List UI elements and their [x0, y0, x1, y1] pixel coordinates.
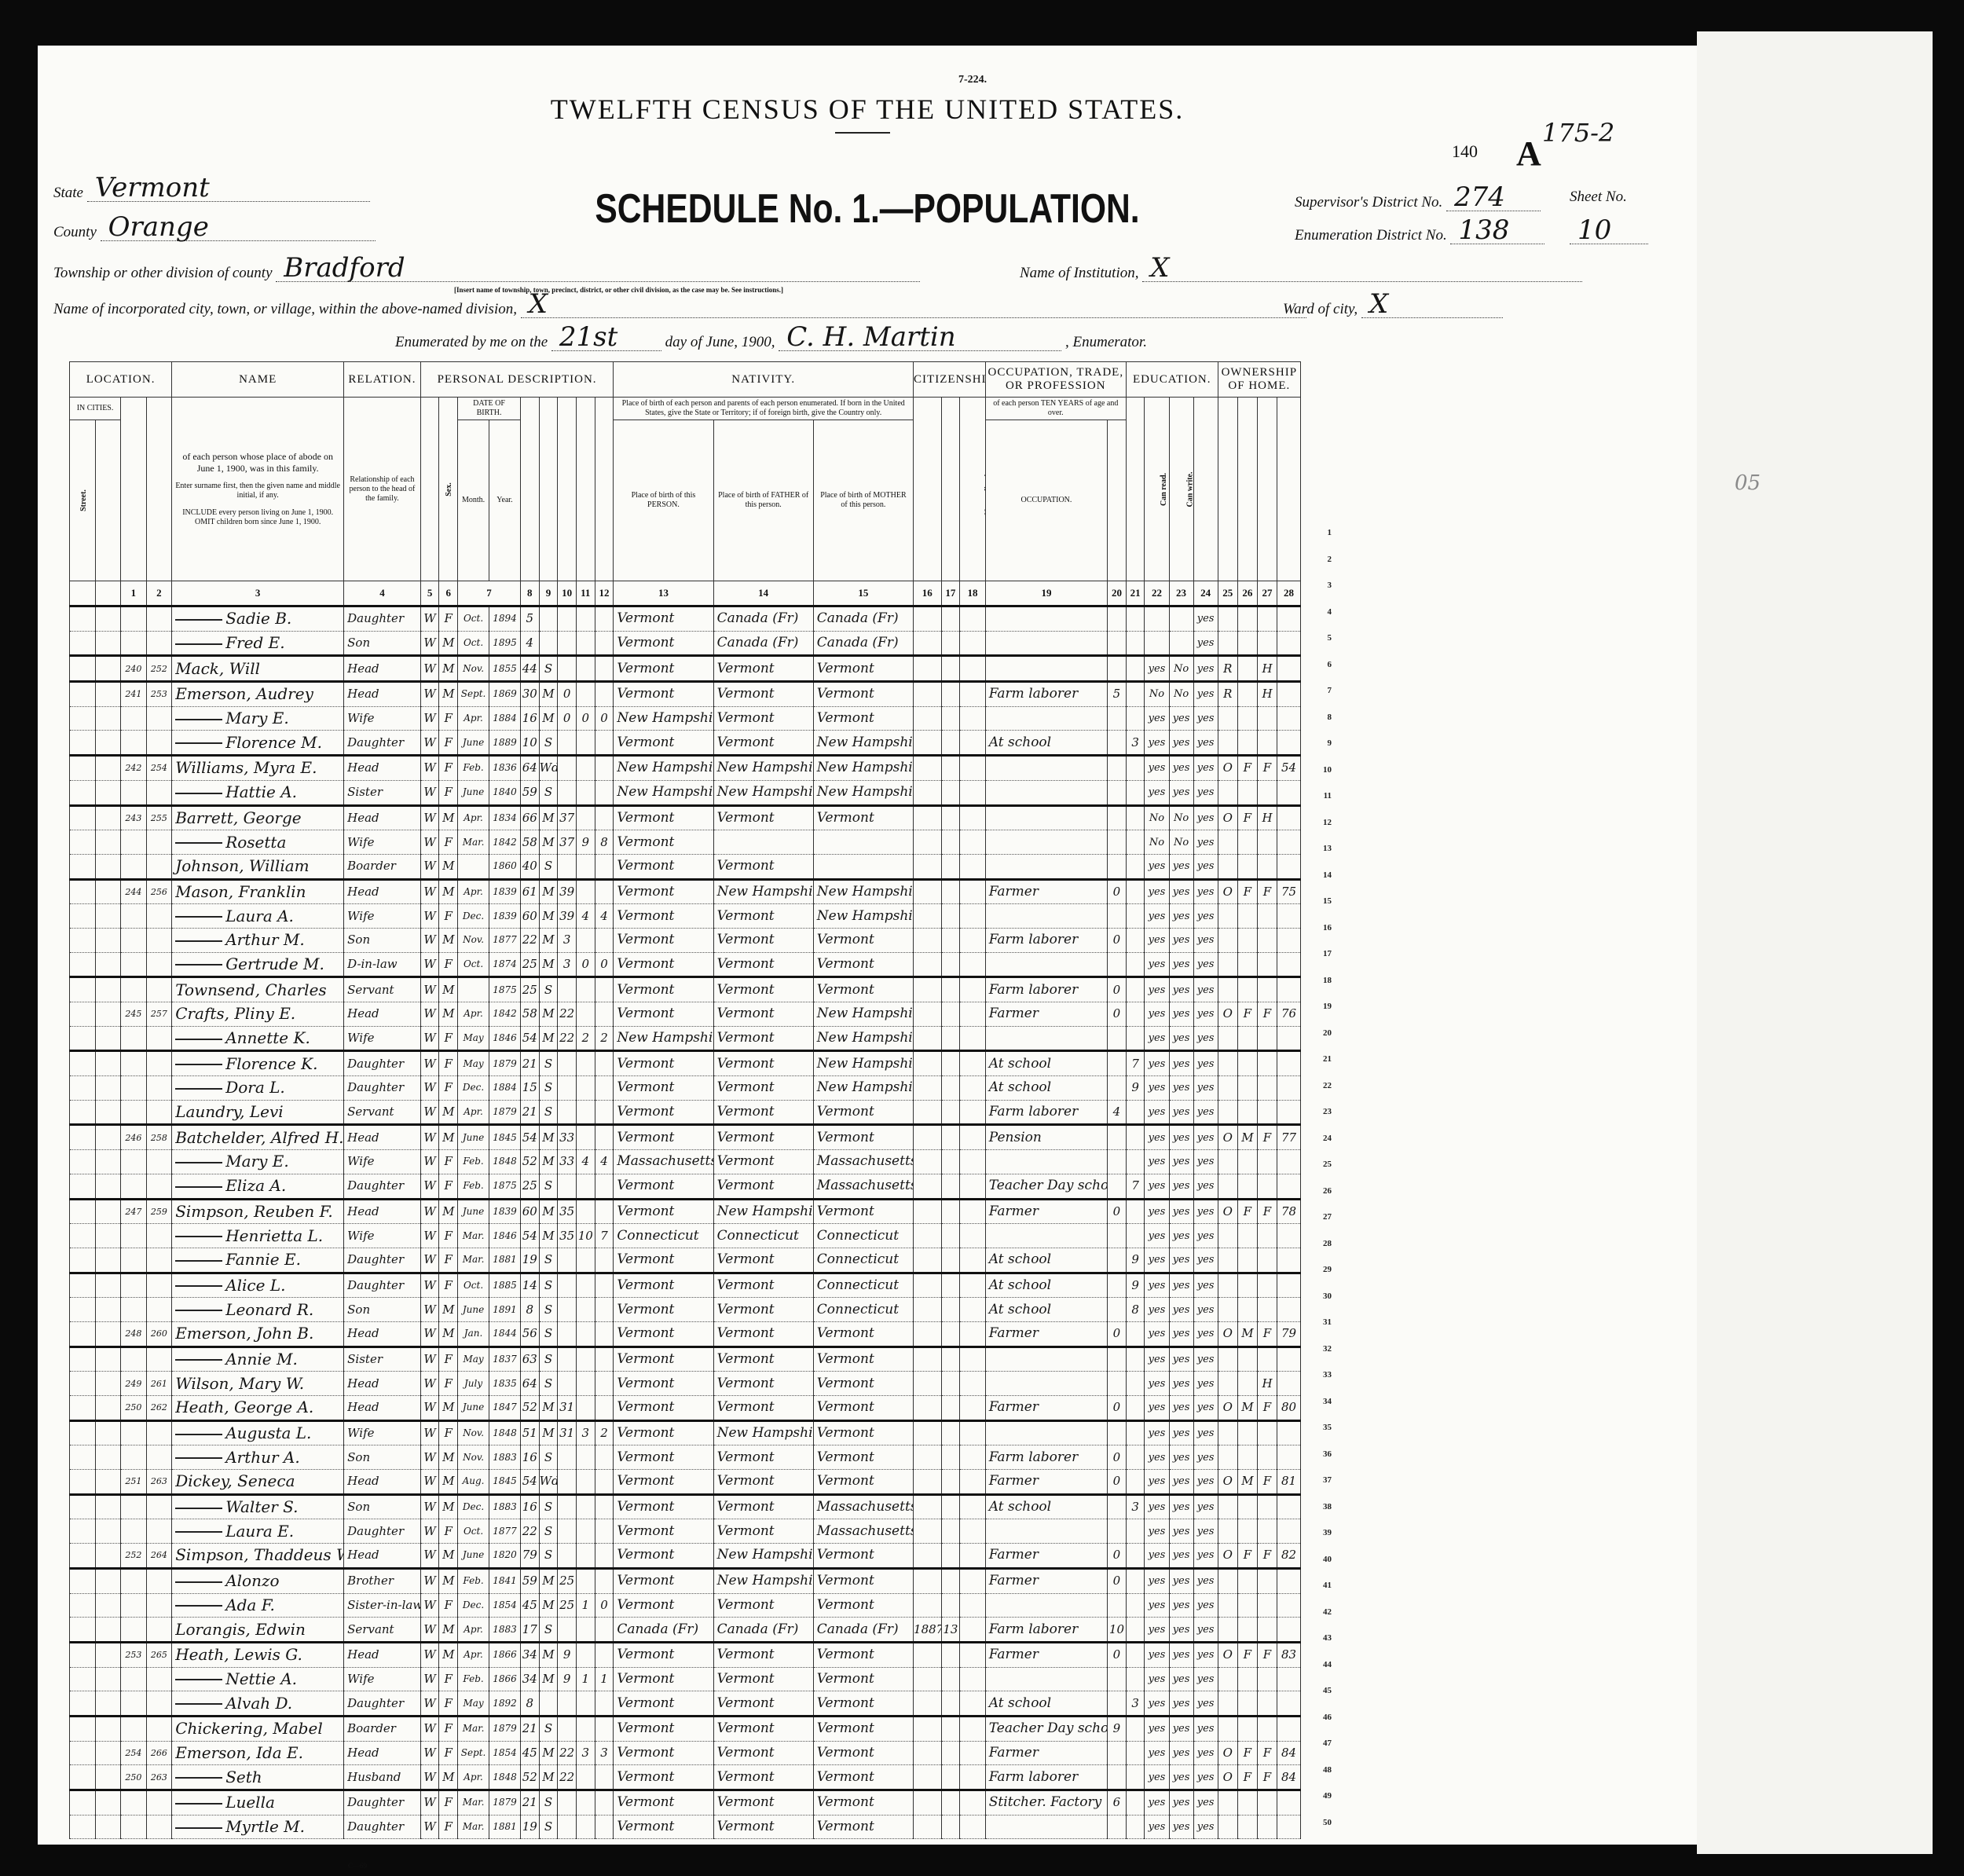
- cell-age: 5: [520, 606, 539, 632]
- line-number: 28: [1313, 1239, 1332, 1248]
- cell-ym: 3: [558, 928, 577, 952]
- cell-year: 1895: [489, 631, 521, 656]
- cell-mc: 10: [576, 1224, 595, 1248]
- cell-occ: [985, 1420, 1107, 1445]
- cell-month: July: [458, 1372, 489, 1396]
- cell-read: yes: [1145, 1051, 1169, 1076]
- line-number: 17: [1313, 949, 1332, 958]
- cell-year: 1844: [489, 1321, 521, 1347]
- cell-ym: [558, 731, 577, 756]
- cell-write: yes: [1169, 1248, 1193, 1273]
- cell-eng: yes: [1193, 904, 1218, 929]
- cell-ym: [558, 756, 577, 781]
- table-row: Florence K.DaughterWFMay187921SVermontVe…: [70, 1051, 1301, 1076]
- cell-year: 1875: [489, 1174, 521, 1199]
- cell-cl: [595, 1199, 614, 1224]
- cell-ym: [558, 1494, 577, 1519]
- cell-rel: Daughter: [344, 1076, 421, 1101]
- cell-pom: New Hampshire: [813, 879, 913, 904]
- cell-occ: [985, 780, 1107, 805]
- cell-month: Dec.: [458, 1494, 489, 1519]
- cell-farm: [1277, 1815, 1301, 1839]
- cell-pom: Massachusetts: [813, 1174, 913, 1199]
- line-number: 30: [1313, 1292, 1332, 1301]
- cell-write: yes: [1169, 879, 1193, 904]
- cell-nat: [960, 1125, 986, 1150]
- cell-sch: 9: [1126, 1273, 1145, 1298]
- cell-year: 1834: [489, 805, 521, 830]
- cell-age: 16: [520, 1445, 539, 1470]
- cell-pof: Canada (Fr): [713, 1618, 813, 1643]
- cell-pob: Vermont: [614, 805, 713, 830]
- cell-eng: yes: [1193, 1026, 1218, 1051]
- cell-pof: Vermont: [713, 1667, 813, 1691]
- cell-farm: [1277, 952, 1301, 977]
- cell-fam: [146, 1667, 172, 1691]
- cell-pof: Vermont: [713, 706, 813, 731]
- cell-fam: [146, 731, 172, 756]
- ditto-dash: [175, 1236, 222, 1237]
- cell-write: yes: [1169, 904, 1193, 929]
- cell-fam: [146, 1026, 172, 1051]
- cell-farm: [1277, 1100, 1301, 1125]
- cell-fam: [146, 706, 172, 731]
- cell-fam: 252: [146, 656, 172, 682]
- cell-read: yes: [1145, 656, 1169, 682]
- cell-farm: [1277, 1618, 1301, 1643]
- cell-ms: S: [539, 854, 558, 879]
- cell-yrs: [941, 904, 960, 929]
- cell-yrs: [941, 1716, 960, 1741]
- population-schedule-table: LOCATION. NAME RELATION. PERSONAL DESCRI…: [69, 361, 1301, 1839]
- cell-ym: 33: [558, 1150, 577, 1174]
- line-number: 43: [1313, 1633, 1332, 1643]
- cell-cl: [595, 1765, 614, 1790]
- cell-fam: 258: [146, 1125, 172, 1150]
- cell-dw: [121, 1445, 147, 1470]
- cell-imm: [914, 904, 942, 929]
- cell-mne: 10: [1108, 1618, 1127, 1643]
- cell-cl: [595, 1494, 614, 1519]
- cell-rel: Head: [344, 805, 421, 830]
- cell-fam: [146, 1790, 172, 1816]
- cell-sch: [1126, 1815, 1145, 1839]
- cell-fm: [1237, 1051, 1257, 1076]
- cell-fm: [1237, 1790, 1257, 1816]
- cell-month: May: [458, 1691, 489, 1717]
- cell-pob: Vermont: [614, 1002, 713, 1027]
- cell-sch: [1126, 1470, 1145, 1495]
- cell-own: [1218, 1150, 1237, 1174]
- cell-sch: [1126, 1445, 1145, 1470]
- cell-year: 1847: [489, 1396, 521, 1421]
- cell-rel: Wife: [344, 1026, 421, 1051]
- cell-dw: [121, 854, 147, 879]
- cell-rel: Head: [344, 1321, 421, 1347]
- cell-race: W: [420, 1420, 439, 1445]
- cell-eng: yes: [1193, 1347, 1218, 1372]
- cell-own: R: [1218, 682, 1237, 707]
- cell-age: 21: [520, 1790, 539, 1816]
- cell-own: [1218, 1568, 1237, 1593]
- cell-pom: New Hampshire: [813, 756, 913, 781]
- cell-fm: F: [1237, 1765, 1257, 1790]
- cell-ms: M: [539, 830, 558, 855]
- line-number: 8: [1313, 713, 1332, 722]
- cell-sch: [1126, 1321, 1145, 1347]
- cell-race: W: [420, 1224, 439, 1248]
- cell-farm: [1277, 1051, 1301, 1076]
- cell-ms: M: [539, 1224, 558, 1248]
- ditto-dash: [175, 1039, 222, 1040]
- cell-mc: [576, 631, 595, 656]
- cell-fm: [1237, 854, 1257, 879]
- cell-rel: Daughter: [344, 1174, 421, 1199]
- cell-ms: M: [539, 1642, 558, 1667]
- cell-sch: [1126, 1618, 1145, 1643]
- cell-rel: Sister-in-law: [344, 1593, 421, 1618]
- cell-eng: yes: [1193, 756, 1218, 781]
- cell-age: 63: [520, 1347, 539, 1372]
- cell-mne: [1108, 706, 1127, 731]
- cell-pof: New Hampshire: [713, 1568, 813, 1593]
- cell-eng: yes: [1193, 1150, 1218, 1174]
- cell-eng: yes: [1193, 1100, 1218, 1125]
- cell-occ: [985, 656, 1107, 682]
- cell-pob: Vermont: [614, 1420, 713, 1445]
- cell-cl: [595, 1125, 614, 1150]
- cell-own: [1218, 1618, 1237, 1643]
- sheet-no-field: 10: [1570, 222, 1648, 244]
- cell-fm: [1237, 682, 1257, 707]
- cell-ym: 37: [558, 830, 577, 855]
- cell-ym: 39: [558, 904, 577, 929]
- cell-pof: Vermont: [713, 952, 813, 977]
- cell-sex: F: [439, 1051, 458, 1076]
- cell-mne: [1108, 1125, 1127, 1150]
- cell-eng: yes: [1193, 1618, 1218, 1643]
- cell-own: O: [1218, 1125, 1237, 1150]
- cell-fh: [1257, 1667, 1277, 1691]
- cell-eng: yes: [1193, 1593, 1218, 1618]
- line-number: 45: [1313, 1686, 1332, 1695]
- cell-mne: [1108, 1026, 1127, 1051]
- cell-fm: F: [1237, 1199, 1257, 1224]
- cell-imm: [914, 631, 942, 656]
- cell-farm: 54: [1277, 756, 1301, 781]
- cell-fm: [1237, 1347, 1257, 1372]
- column-number-row: 1234567891011121314151617181920212223242…: [70, 581, 1301, 606]
- ditto-dash: [175, 1310, 222, 1311]
- cell-pom: Vermont: [813, 1815, 913, 1839]
- person-name: Crafts, Pliny E.: [172, 1002, 344, 1027]
- cell-nat: [960, 756, 986, 781]
- cell-farm: 79: [1277, 1321, 1301, 1347]
- cell-own: O: [1218, 1321, 1237, 1347]
- cell-nat: [960, 854, 986, 879]
- cell-ms: M: [539, 1593, 558, 1618]
- cell-ms: M: [539, 1396, 558, 1421]
- cell-mc: [576, 1100, 595, 1125]
- cell-mne: 0: [1108, 1321, 1127, 1347]
- cell-pom: Canada (Fr): [813, 606, 913, 632]
- cell-fh: F: [1257, 879, 1277, 904]
- cell-rel: Daughter: [344, 1519, 421, 1544]
- cell-ms: S: [539, 1347, 558, 1372]
- line-number: 39: [1313, 1528, 1332, 1537]
- cell-eng: yes: [1193, 682, 1218, 707]
- cell-sex: F: [439, 1716, 458, 1741]
- cell-eng: yes: [1193, 1741, 1218, 1765]
- cell-occ: Farmer: [985, 1470, 1107, 1495]
- cell-occ: [985, 706, 1107, 731]
- cell-yrs: [941, 879, 960, 904]
- cell-own: [1218, 1100, 1237, 1125]
- cell-read: yes: [1145, 1494, 1169, 1519]
- cell-read: yes: [1145, 706, 1169, 731]
- cell-eng: yes: [1193, 1076, 1218, 1101]
- cell-fam: [146, 1076, 172, 1101]
- cell-sch: [1126, 879, 1145, 904]
- cell-year: 1841: [489, 1568, 521, 1593]
- cell-month: May: [458, 1051, 489, 1076]
- cell-rel: D-in-law: [344, 952, 421, 977]
- cell-read: yes: [1145, 731, 1169, 756]
- cell-mne: [1108, 1051, 1127, 1076]
- ditto-dash: [175, 964, 222, 965]
- cell-cl: 0: [595, 706, 614, 731]
- cell-pof: Vermont: [713, 682, 813, 707]
- cell-month: Jan.: [458, 1321, 489, 1347]
- cell-race: W: [420, 854, 439, 879]
- cell-dw: [121, 1815, 147, 1839]
- cell-write: yes: [1169, 1741, 1193, 1765]
- cell-own: [1218, 1716, 1237, 1741]
- cell-mc: [576, 1248, 595, 1273]
- cell-sex: M: [439, 1642, 458, 1667]
- cell-eng: yes: [1193, 1396, 1218, 1421]
- cell-pof: Vermont: [713, 854, 813, 879]
- cell-nat: [960, 1420, 986, 1445]
- cell-dw: 249: [121, 1372, 147, 1396]
- table-row: Myrtle M.DaughterWFMar.188119SVermontVer…: [70, 1815, 1301, 1839]
- cell-ym: [558, 780, 577, 805]
- cell-eng: yes: [1193, 1273, 1218, 1298]
- person-name: Hattie A.: [172, 780, 344, 805]
- line-number: 32: [1313, 1344, 1332, 1354]
- cell-fam: [146, 1298, 172, 1322]
- ward-field: Ward of city, X: [1283, 295, 1503, 318]
- cell-mne: [1108, 1174, 1127, 1199]
- cell-yrs: [941, 1494, 960, 1519]
- cell-mne: [1108, 1494, 1127, 1519]
- cell-rel: Sister: [344, 1347, 421, 1372]
- cell-own: [1218, 1076, 1237, 1101]
- person-name: Arthur M.: [172, 928, 344, 952]
- cell-ym: [558, 656, 577, 682]
- cell-pob: Vermont: [614, 1445, 713, 1470]
- ditto-dash: [175, 842, 222, 844]
- cell-eng: yes: [1193, 706, 1218, 731]
- supervisor-district-field: Supervisor's District No. 274: [1295, 189, 1541, 211]
- cell-fam: [146, 1815, 172, 1839]
- cell-ym: 22: [558, 1765, 577, 1790]
- cell-yrs: [941, 1544, 960, 1569]
- table-row: 246258Batchelder, Alfred H.HeadWMJune184…: [70, 1125, 1301, 1150]
- cell-pof: Vermont: [713, 1100, 813, 1125]
- cell-pob: Vermont: [614, 1642, 713, 1667]
- cell-write: yes: [1169, 928, 1193, 952]
- cell-mc: [576, 928, 595, 952]
- cell-sch: 7: [1126, 1174, 1145, 1199]
- cell-month: Mar.: [458, 1224, 489, 1248]
- cell-rel: Daughter: [344, 731, 421, 756]
- cell-fh: [1257, 1691, 1277, 1717]
- cell-fh: [1257, 1100, 1277, 1125]
- cell-ym: 9: [558, 1667, 577, 1691]
- cell-pob: Vermont: [614, 1372, 713, 1396]
- line-number: 16: [1313, 923, 1332, 933]
- cell-rel: Head: [344, 879, 421, 904]
- table-row: 243255Barrett, GeorgeHeadWMApr.183466M37…: [70, 805, 1301, 830]
- cell-fh: [1257, 1347, 1277, 1372]
- line-number: 26: [1313, 1186, 1332, 1196]
- cell-write: yes: [1169, 1051, 1193, 1076]
- cell-race: W: [420, 1716, 439, 1741]
- cell-pom: Vermont: [813, 805, 913, 830]
- cell-yrs: [941, 1321, 960, 1347]
- cell-own: O: [1218, 805, 1237, 830]
- cell-pom: Massachusetts: [813, 1494, 913, 1519]
- cell-sch: [1126, 1002, 1145, 1027]
- cell-age: 54: [520, 1125, 539, 1150]
- cell-month: Oct.: [458, 1519, 489, 1544]
- cell-month: Aug.: [458, 1470, 489, 1495]
- cell-pof: Vermont: [713, 1716, 813, 1741]
- cell-fm: F: [1237, 805, 1257, 830]
- cell-rel: Boarder: [344, 1716, 421, 1741]
- cell-month: June: [458, 1396, 489, 1421]
- cell-own: O: [1218, 1741, 1237, 1765]
- cell-month: Nov.: [458, 656, 489, 682]
- cell-ym: [558, 1100, 577, 1125]
- cell-write: yes: [1169, 1544, 1193, 1569]
- cell-rel: Boarder: [344, 854, 421, 879]
- cell-ym: 35: [558, 1224, 577, 1248]
- cell-ms: [539, 606, 558, 632]
- cell-imm: [914, 1765, 942, 1790]
- cell-pof: Vermont: [713, 1741, 813, 1765]
- cell-dw: [121, 1618, 147, 1643]
- cell-nat: [960, 1519, 986, 1544]
- cell-pom: Vermont: [813, 1568, 913, 1593]
- cell-cl: [595, 731, 614, 756]
- cell-mc: [576, 805, 595, 830]
- ditto-dash: [175, 1703, 222, 1705]
- cell-month: Dec.: [458, 1076, 489, 1101]
- cell-fm: [1237, 1716, 1257, 1741]
- cell-dw: [121, 1248, 147, 1273]
- cell-pob: New Hampshire: [614, 756, 713, 781]
- cell-fh: [1257, 1618, 1277, 1643]
- cell-ms: S: [539, 1544, 558, 1569]
- cell-pob: Vermont: [614, 1568, 713, 1593]
- cell-pob: Vermont: [614, 1199, 713, 1224]
- cell-year: 1860: [489, 854, 521, 879]
- cell-fh: [1257, 780, 1277, 805]
- cell-nat: [960, 780, 986, 805]
- line-number: 12: [1313, 818, 1332, 827]
- cell-mne: [1108, 1347, 1127, 1372]
- cell-cl: [595, 1815, 614, 1839]
- cell-year: 1848: [489, 1765, 521, 1790]
- cell-fam: 261: [146, 1372, 172, 1396]
- cell-nat: [960, 1321, 986, 1347]
- cell-rel: Husband: [344, 1765, 421, 1790]
- cell-pof: Vermont: [713, 1445, 813, 1470]
- cell-read: yes: [1145, 1642, 1169, 1667]
- header-nativity: NATIVITY.: [614, 362, 914, 398]
- cell-sex: M: [439, 1544, 458, 1569]
- cell-read: yes: [1145, 1815, 1169, 1839]
- cell-eng: yes: [1193, 1445, 1218, 1470]
- cell-race: W: [420, 1273, 439, 1298]
- cell-imm: [914, 879, 942, 904]
- cell-race: W: [420, 1372, 439, 1396]
- cell-sch: [1126, 1199, 1145, 1224]
- cell-farm: [1277, 1494, 1301, 1519]
- cell-ym: 22: [558, 1741, 577, 1765]
- cell-age: 22: [520, 1519, 539, 1544]
- person-name: Emerson, John B.: [172, 1321, 344, 1347]
- cell-fm: [1237, 1691, 1257, 1717]
- cell-dw: 253: [121, 1642, 147, 1667]
- ditto-dash: [175, 1088, 222, 1090]
- cell-farm: 75: [1277, 879, 1301, 904]
- cell-yrs: [941, 1150, 960, 1174]
- ditto-dash: [175, 1803, 222, 1805]
- cell-yrs: [941, 1741, 960, 1765]
- cell-fm: F: [1237, 1002, 1257, 1027]
- cell-fm: [1237, 1568, 1257, 1593]
- cell-pof: Vermont: [713, 1347, 813, 1372]
- person-name: Myrtle M.: [172, 1815, 344, 1839]
- margin-note: 05: [1735, 471, 1761, 495]
- cell-month: Mar.: [458, 1790, 489, 1816]
- cell-fh: [1257, 606, 1277, 632]
- cell-write: yes: [1169, 854, 1193, 879]
- cell-mne: 6: [1108, 1790, 1127, 1816]
- cell-month: Apr.: [458, 805, 489, 830]
- cell-sex: F: [439, 731, 458, 756]
- cell-age: 16: [520, 1494, 539, 1519]
- cell-race: W: [420, 928, 439, 952]
- cell-fam: [146, 1347, 172, 1372]
- cell-occ: At school: [985, 1691, 1107, 1717]
- cell-farm: [1277, 606, 1301, 632]
- line-number: 4: [1313, 607, 1332, 617]
- township-field: Township or other division of county Bra…: [53, 259, 920, 282]
- line-number: 35: [1313, 1423, 1332, 1432]
- cell-read: yes: [1145, 1347, 1169, 1372]
- cell-sch: [1126, 1593, 1145, 1618]
- cell-yrs: [941, 1396, 960, 1421]
- cell-yrs: [941, 952, 960, 977]
- cell-imm: [914, 1568, 942, 1593]
- cell-eng: yes: [1193, 1321, 1218, 1347]
- cell-occ: At school: [985, 1076, 1107, 1101]
- cell-fam: [146, 1494, 172, 1519]
